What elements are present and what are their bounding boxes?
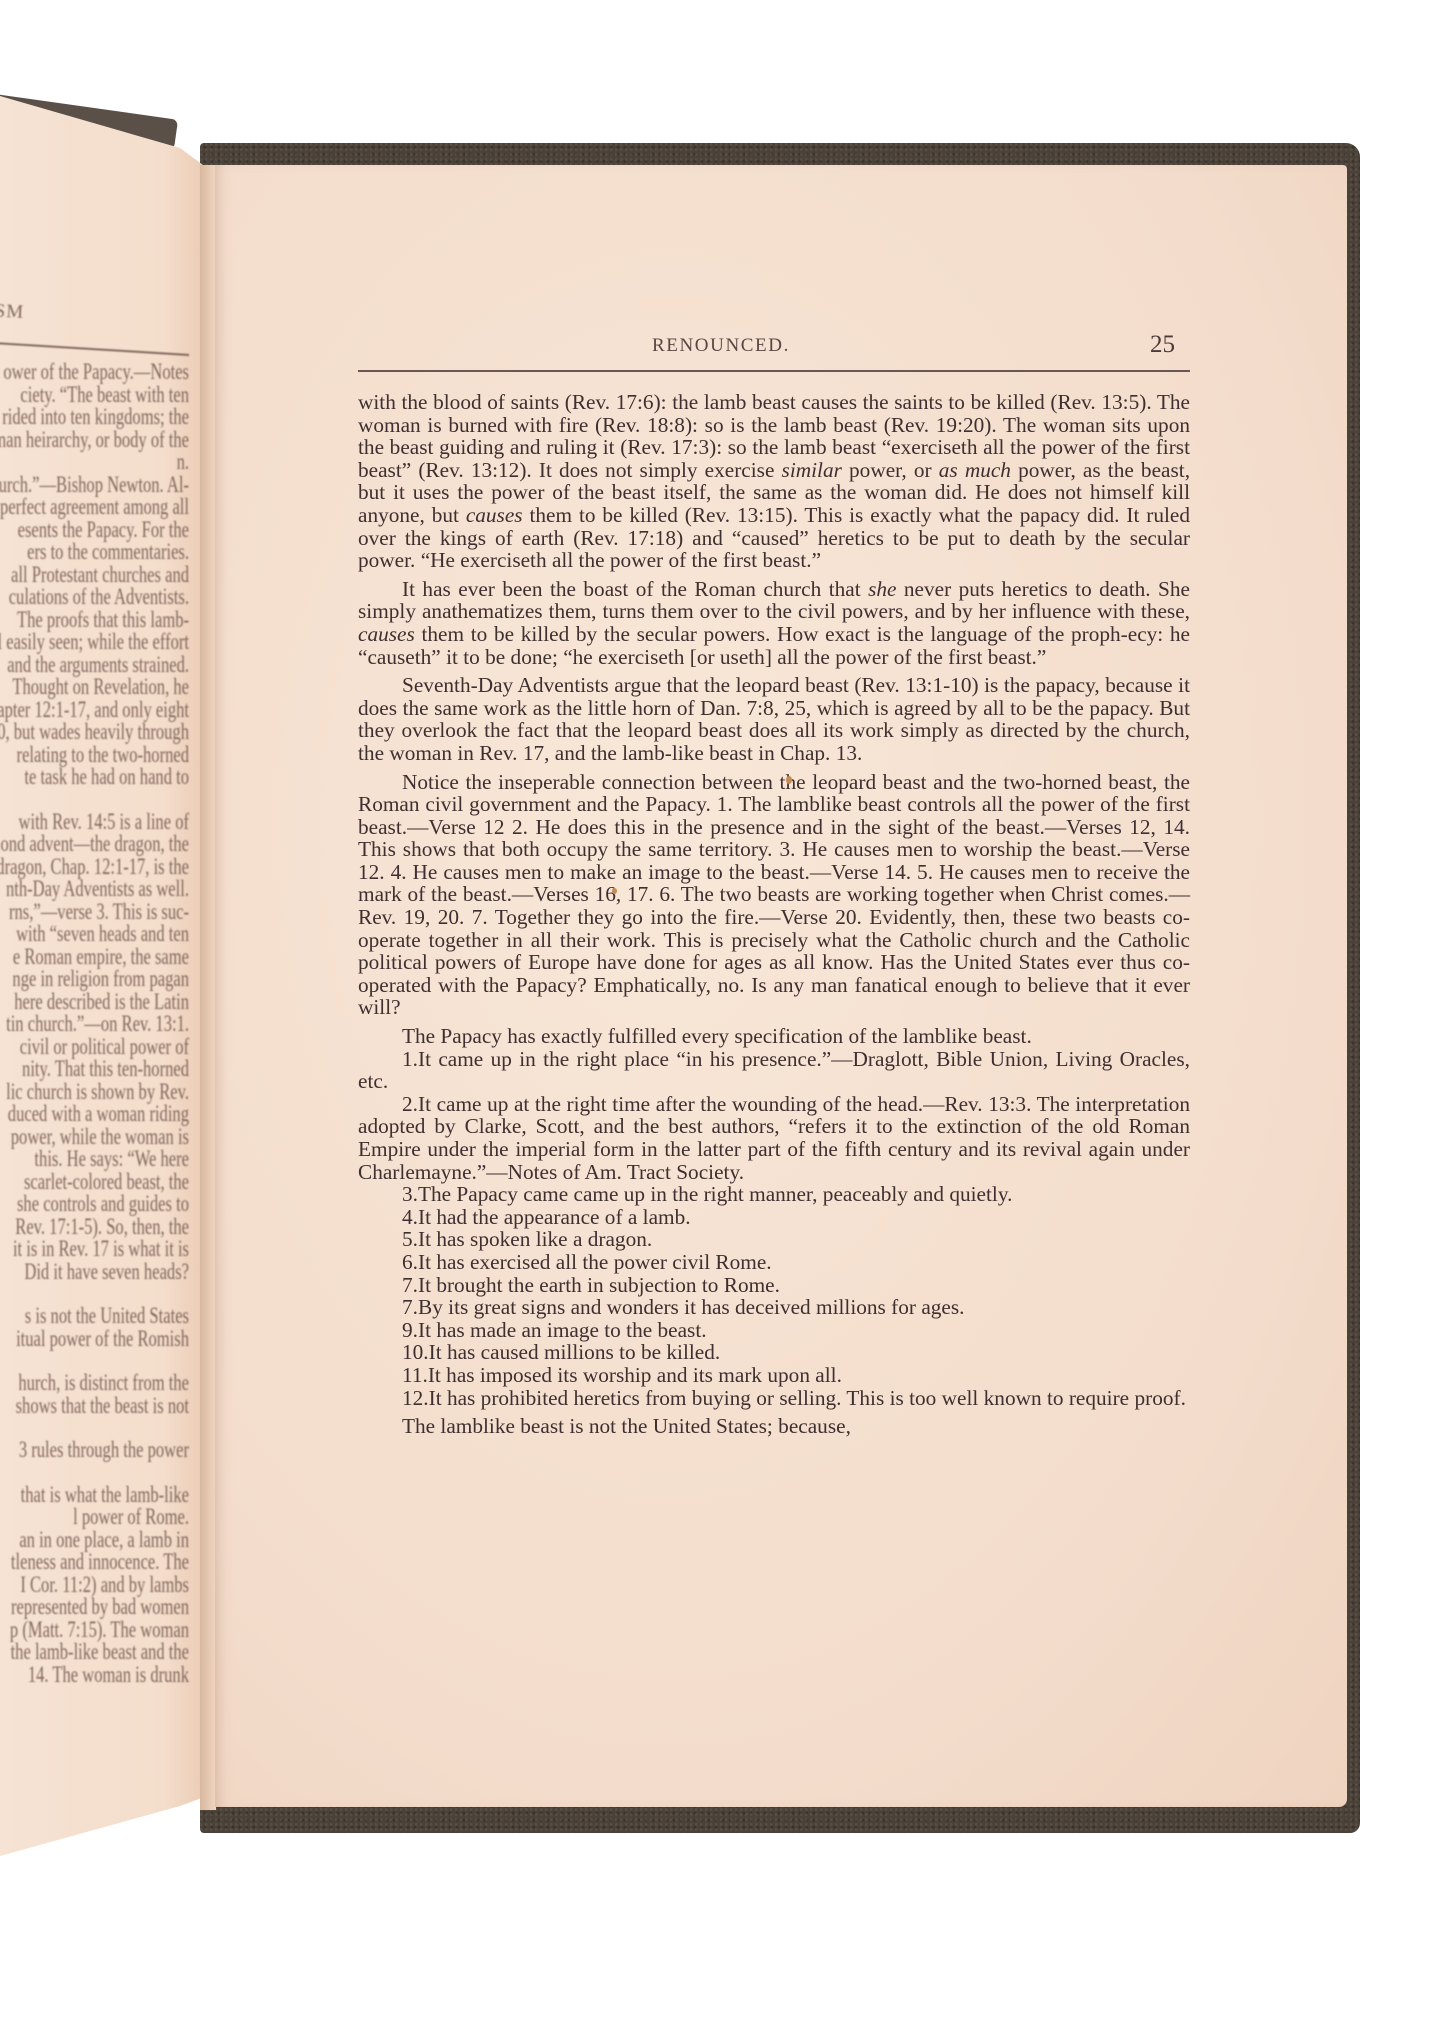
specification-item: 5.It has spoken like a dragon. bbox=[358, 1228, 1190, 1251]
left-head-rule bbox=[0, 328, 189, 356]
left-page-text: ower of the Papacy.—Notesciety. “The bea… bbox=[0, 361, 189, 1686]
left-page-line: relating to the two-horned bbox=[0, 744, 189, 767]
left-page-line: this. He says: “We here bbox=[0, 1148, 189, 1171]
item-number: 3. bbox=[402, 1182, 418, 1206]
left-page-line bbox=[0, 1417, 189, 1439]
text-run: The Papacy has exactly fulfilled every s… bbox=[402, 1024, 1032, 1048]
text-run: Notice the inseperable connection betwee… bbox=[358, 770, 1190, 1020]
left-page-line: she controls and guides to bbox=[0, 1193, 189, 1216]
left-page-line: dragon, Chap. 12:1-17, is the bbox=[0, 856, 189, 879]
head-rule bbox=[358, 370, 1190, 372]
left-page-line: ower of the Papacy.—Notes bbox=[0, 361, 189, 384]
paragraph: with the blood of saints (Rev. 17:6): th… bbox=[358, 391, 1190, 572]
item-number: 10. bbox=[402, 1340, 429, 1364]
left-page-line: Rev. 17:1-5). So, then, the bbox=[0, 1216, 189, 1239]
item-number: 7. bbox=[402, 1273, 418, 1297]
left-page-line bbox=[0, 1350, 189, 1372]
left-page-line: itual power of the Romish bbox=[0, 1328, 189, 1351]
left-page-line: nge in religion from pagan bbox=[0, 968, 189, 991]
left-page-line bbox=[0, 1283, 189, 1305]
closing-line: The lamblike beast is not the United Sta… bbox=[358, 1415, 1190, 1438]
item-text: By its great signs and wonders it has de… bbox=[418, 1295, 965, 1319]
item-number: 11. bbox=[402, 1363, 428, 1387]
specification-item: 1.It came up in the right place “in his … bbox=[358, 1048, 1190, 1093]
left-page-line: the lamb-like beast and the bbox=[0, 1641, 189, 1664]
item-text: It brought the earth in subjection to Ro… bbox=[418, 1273, 780, 1297]
left-page-line: rided into ten kingdoms; the bbox=[0, 406, 189, 429]
paragraph: The Papacy has exactly fulfilled every s… bbox=[358, 1025, 1190, 1048]
left-page-line: n. bbox=[0, 451, 189, 474]
left-page-line: tleness and innocence. The bbox=[0, 1551, 189, 1574]
paragraph: Seventh-Day Adventists argue that the le… bbox=[358, 674, 1190, 764]
left-page-line: hurch, is distinct from the bbox=[0, 1372, 189, 1395]
italic-text: she bbox=[868, 577, 896, 601]
left-page-line: p (Matt. 7:15). The woman bbox=[0, 1619, 189, 1642]
foxing-spot bbox=[612, 888, 617, 894]
item-text: It came up at the right time after the w… bbox=[358, 1092, 1190, 1184]
left-page-line: urch.”—Bishop Newton. Al- bbox=[0, 474, 189, 497]
specification-item: 7.By its great signs and wonders it has … bbox=[358, 1296, 1190, 1319]
item-text: It has exercised all the power civil Rom… bbox=[418, 1250, 772, 1274]
left-page-line: it is in Rev. 17 is what it is bbox=[0, 1238, 189, 1261]
item-text: It has spoken like a dragon. bbox=[418, 1227, 652, 1251]
left-page-line: that is what the lamb-like bbox=[0, 1484, 189, 1507]
page-number: 25 bbox=[1150, 331, 1175, 359]
left-page-line: te task he had on hand to bbox=[0, 766, 189, 789]
book-gutter bbox=[200, 165, 216, 1810]
left-page-line: with “seven heads and ten bbox=[0, 923, 189, 946]
running-head-title: RENOUNCED. bbox=[652, 335, 790, 357]
item-number: 4. bbox=[402, 1205, 418, 1229]
specification-item: 11.It has imposed its worship and its ma… bbox=[358, 1364, 1190, 1387]
left-page-line: represented by bad women bbox=[0, 1596, 189, 1619]
left-page-line: power, while the woman is bbox=[0, 1126, 189, 1149]
item-text: It has prohibited heretics from buying o… bbox=[429, 1386, 1186, 1410]
left-page-line: tin church.”—on Rev. 13:1. bbox=[0, 1013, 189, 1036]
left-page-line: The proofs that this lamb- bbox=[0, 609, 189, 632]
text-run: them to be killed by the secular powers.… bbox=[358, 622, 1190, 669]
specification-item: 7.It brought the earth in subjection to … bbox=[358, 1274, 1190, 1297]
item-text: It came up in the right place “in his pr… bbox=[358, 1047, 1190, 1094]
left-page-line: an in one place, a lamb in bbox=[0, 1529, 189, 1552]
left-page-line: with Rev. 14:5 is a line of bbox=[0, 811, 189, 834]
left-page-line: and the arguments strained. bbox=[0, 654, 189, 677]
item-text: It has imposed its worship and its mark … bbox=[428, 1363, 842, 1387]
left-page-line: I Cor. 11:2) and by lambs bbox=[0, 1574, 189, 1597]
specification-item: 12.It has prohibited heretics from buyin… bbox=[358, 1387, 1190, 1410]
left-page-line: Did it have seven heads? bbox=[0, 1261, 189, 1284]
text-run: power, or bbox=[842, 458, 939, 482]
left-page-line: l power of Rome. bbox=[0, 1506, 189, 1529]
left-page-line: nth-Day Adventists as well. bbox=[0, 878, 189, 901]
left-page-line: 3 rules through the power bbox=[0, 1439, 189, 1462]
left-page-line: nity. That this ten-horned bbox=[0, 1058, 189, 1081]
left-page-line: shows that the beast is not bbox=[0, 1395, 189, 1418]
left-page-line: scarlet-colored beast, the bbox=[0, 1171, 189, 1194]
left-page-line: s is not the United States bbox=[0, 1305, 189, 1328]
left-page-line: esents the Papacy. For the bbox=[0, 519, 189, 542]
item-number: 9. bbox=[402, 1318, 418, 1342]
specification-item: 10.It has caused millions to be killed. bbox=[358, 1341, 1190, 1364]
left-page-line: e Roman empire, the same bbox=[0, 946, 189, 969]
specification-item: 2.It came up at the right time after the… bbox=[358, 1093, 1190, 1183]
left-page-line: ond advent—the dragon, the bbox=[0, 833, 189, 856]
left-page-line: l easily seen; while the effort bbox=[0, 631, 189, 654]
left-running-head: NTISM bbox=[0, 299, 25, 324]
item-number: 6. bbox=[402, 1250, 418, 1274]
item-number: 5. bbox=[402, 1227, 418, 1251]
text-run: Seventh-Day Adventists argue that the le… bbox=[358, 673, 1190, 765]
left-page-line: Thought on Revelation, he bbox=[0, 676, 189, 699]
left-page-line: lic church is shown by Rev. bbox=[0, 1081, 189, 1104]
specification-item: 6.It has exercised all the power civil R… bbox=[358, 1251, 1190, 1274]
item-text: It has caused millions to be killed. bbox=[429, 1340, 721, 1364]
left-page-line: nan heirarchy, or body of the bbox=[0, 429, 189, 452]
paragraph: Notice the inseperable connection betwee… bbox=[358, 771, 1190, 1020]
left-page: NTISM ower of the Papacy.—Notesciety. “T… bbox=[0, 96, 207, 1976]
item-number: 2. bbox=[402, 1092, 418, 1116]
italic-text: as much bbox=[939, 458, 1011, 482]
left-page-line: 0, but wades heavily through bbox=[0, 721, 189, 744]
item-number: 12. bbox=[402, 1386, 429, 1410]
left-page-line: here described is the Latin bbox=[0, 991, 189, 1014]
left-page-line: ers to the commentaries. bbox=[0, 541, 189, 564]
left-page-line: ciety. “The beast with ten bbox=[0, 384, 189, 407]
italic-text: causes bbox=[466, 503, 523, 527]
left-page-line: duced with a woman riding bbox=[0, 1103, 189, 1126]
left-page-line bbox=[0, 1462, 189, 1484]
item-number: 7. bbox=[402, 1295, 418, 1319]
left-page-line bbox=[0, 789, 189, 811]
left-page-line: perfect agreement among all bbox=[0, 496, 189, 519]
left-page-line: culations of the Adventists. bbox=[0, 586, 189, 609]
paragraph: It has ever been the boast of the Roman … bbox=[358, 578, 1190, 668]
left-page-line: 14. The woman is drunk bbox=[0, 1664, 189, 1687]
text-run: It has ever been the boast of the Roman … bbox=[402, 577, 868, 601]
specification-item: 9.It has made an image to the beast. bbox=[358, 1319, 1190, 1342]
italic-text: similar bbox=[782, 458, 842, 482]
specification-item: 4.It had the appearance of a lamb. bbox=[358, 1206, 1190, 1229]
item-text: It had the appearance of a lamb. bbox=[418, 1205, 691, 1229]
item-number: 1. bbox=[402, 1047, 418, 1071]
italic-text: causes bbox=[358, 622, 415, 646]
item-text: The Papacy came came up in the right man… bbox=[418, 1182, 1012, 1206]
specification-item: 3.The Papacy came came up in the right m… bbox=[358, 1183, 1190, 1206]
body-text: with the blood of saints (Rev. 17:6): th… bbox=[358, 391, 1190, 1438]
left-page-line: all Protestant churches and bbox=[0, 564, 189, 587]
left-page-line: civil or political power of bbox=[0, 1036, 189, 1059]
left-page-line: hapter 12:1-17, and only eight bbox=[0, 699, 189, 722]
left-page-line: rns,”—verse 3. This is suc- bbox=[0, 901, 189, 924]
item-text: It has made an image to the beast. bbox=[418, 1318, 707, 1342]
foxing-spot bbox=[786, 776, 792, 784]
